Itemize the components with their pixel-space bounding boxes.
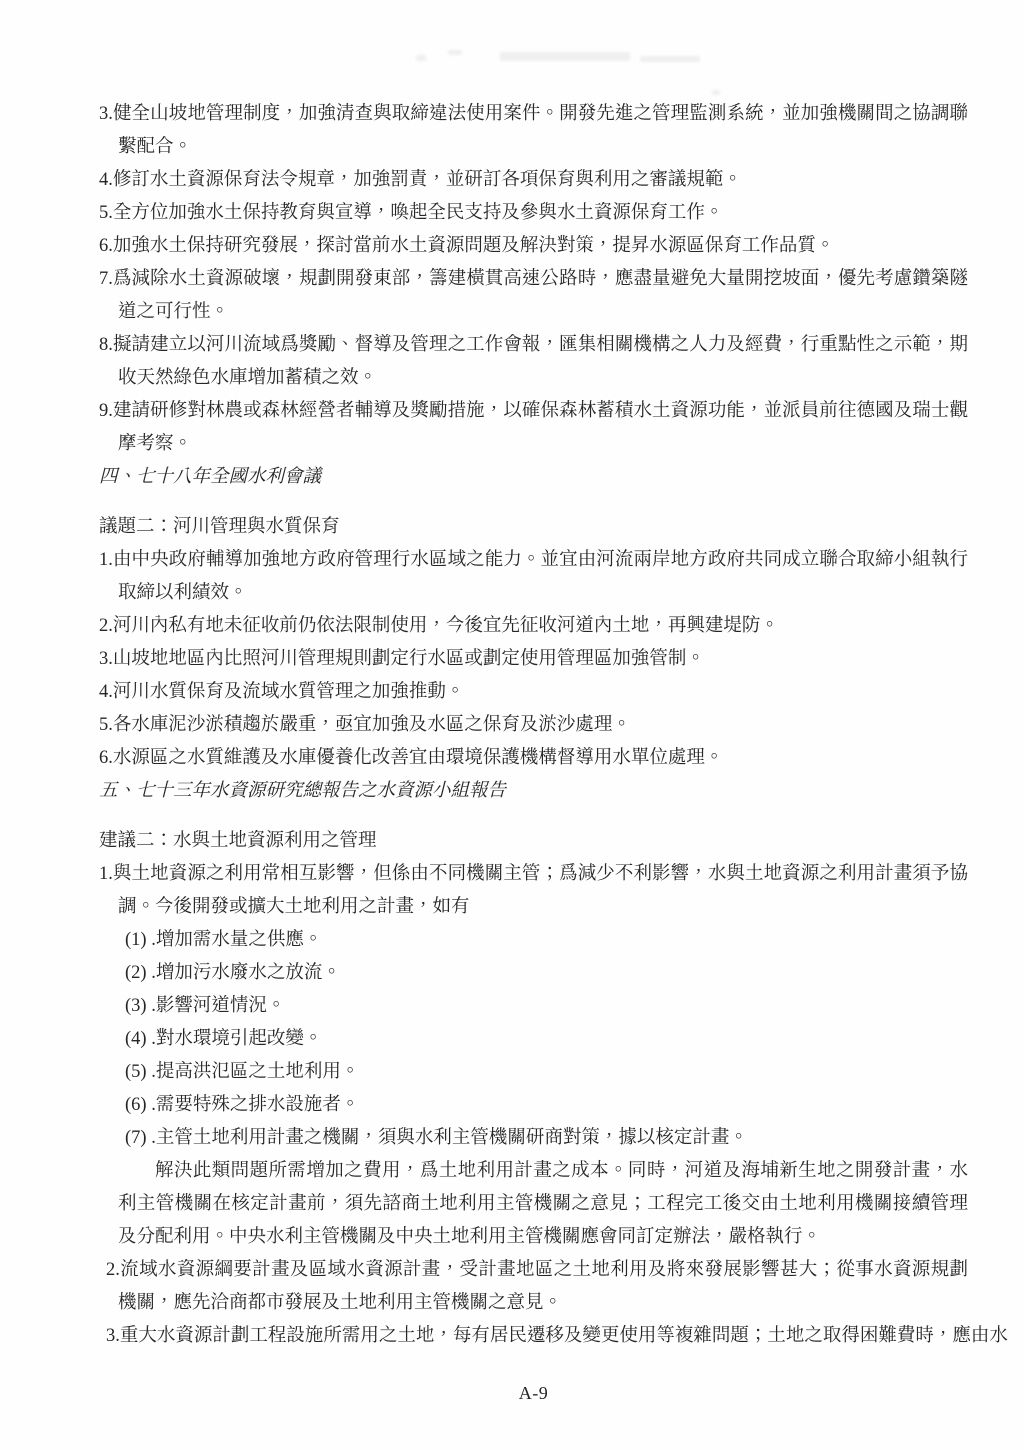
suggestion-two-label: 建議二：水與土地資源利用之管理 <box>99 825 968 858</box>
suggestion2-item-1: 1.與土地資源之利用常相互影響，但係由不同機關主管；爲減少不利影響，水與土地資源… <box>99 858 968 924</box>
scan-noise <box>640 56 700 62</box>
explanatory-paragraph: 解決此類問題所需增加之費用，爲土地利用計畫之成本。同時，河道及海埔新生地之開發計… <box>99 1155 968 1254</box>
sub-item-2: (2) .增加污水廢水之放流。 <box>99 957 968 990</box>
list-item-8: 8.擬請建立以河川流域爲獎勵、督導及管理之工作會報，匯集相關機構之人力及經費，行… <box>99 329 968 395</box>
list-item-4: 4.修訂水土資源保育法令規章，加強罰責，並研訂各項保育與利用之審議規範。 <box>99 164 968 197</box>
list-item-9: 9.建請研修對林農或森林經營者輔導及獎勵措施，以確保森林蓄積水土資源功能，並派員… <box>99 395 968 461</box>
topic2-item-3: 3.山坡地地區內比照河川管理規則劃定行水區或劃定使用管理區加強管制。 <box>99 643 968 676</box>
scan-noise <box>712 90 720 95</box>
suggestion2-item-2: 2.流域水資源綱要計畫及區域水資源計畫，受計畫地區之土地利用及將來發展影響甚大；… <box>99 1254 968 1320</box>
list-item-5: 5.全方位加強水土保持教育與宣導，喚起全民支持及參與水土資源保育工作。 <box>99 197 968 230</box>
sub-item-1: (1) .增加需水量之供應。 <box>99 924 968 957</box>
document-page: 3.健全山坡地管理制度，加強清查與取締違法使用案件。開發先進之管理監測系統，並加… <box>0 0 1024 1450</box>
list-item-7: 7.爲減除水土資源破壞，規劃開發東部，籌建橫貫高速公路時，應盡量避免大量開挖坡面… <box>99 263 968 329</box>
topic2-item-4: 4.河川水質保育及流域水質管理之加強推動。 <box>99 676 968 709</box>
page-number: A-9 <box>99 1377 968 1410</box>
scan-noise <box>448 50 462 55</box>
scan-noise <box>500 52 630 61</box>
topic-two-label: 議題二：河川管理與水質保育 <box>99 511 968 544</box>
sub-item-5: (5) .提高洪氾區之土地利用。 <box>99 1056 968 1089</box>
list-item-6: 6.加強水土保持研究發展，探討當前水土資源問題及解決對策，提昇水源區保育工作品質… <box>99 230 968 263</box>
sub-item-4: (4) .對水環境引起改變。 <box>99 1023 968 1056</box>
section-heading-five: 五、七十三年水資源研究總報告之水資源小組報告 <box>99 775 968 808</box>
suggestion2-item-3: 3.重大水資源計劃工程設施所需用之土地，每有居民遷移及變更使用等複雜問題；土地之… <box>99 1320 968 1353</box>
section-heading-four: 四、七十八年全國水利會議 <box>99 461 968 494</box>
topic2-item-2: 2.河川內私有地未征收前仍依法限制使用，今後宜先征收河道內土地，再興建堤防。 <box>99 610 968 643</box>
topic2-item-5: 5.各水庫泥沙淤積趨於嚴重，亟宜加強及水區之保育及淤沙處理。 <box>99 709 968 742</box>
sub-item-6: (6) .需要特殊之排水設施者。 <box>99 1089 968 1122</box>
sub-item-3: (3) .影響河道情況。 <box>99 990 968 1023</box>
list-item-3: 3.健全山坡地管理制度，加強清查與取締違法使用案件。開發先進之管理監測系統，並加… <box>99 98 968 164</box>
sub-item-7: (7) .主管土地利用計畫之機關，須與水利主管機關研商對策，據以核定計畫。 <box>99 1122 968 1155</box>
scan-noise <box>416 55 426 61</box>
topic2-item-6: 6.水源區之水質維護及水庫優養化改善宜由環境保護機構督導用水單位處理。 <box>99 742 968 775</box>
topic2-item-1: 1.由中央政府輔導加強地方政府管理行水區域之能力。並宜由河流兩岸地方政府共同成立… <box>99 544 968 610</box>
